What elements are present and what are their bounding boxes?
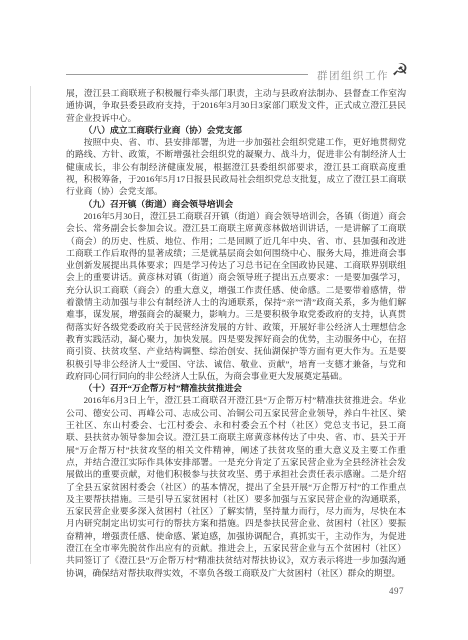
left-margin-line <box>30 86 31 564</box>
paragraph: 2016年6月3日上午，澄江县工商联召开澄江县“万企帮万村”精准扶贫推进会。华业… <box>66 394 406 578</box>
party-emblem-icon: ☭ <box>390 59 409 83</box>
section-title: 群团组织工作 <box>317 68 389 83</box>
paragraph: 展，澄江县工商联班子积极履行牵头部门职责，主动与县政府法制办、县督查工作室沟通协… <box>66 87 406 124</box>
header-rule <box>66 74 308 75</box>
paragraph: 2016年5月30日，澄江县工商联召开镇（街道）商会领导培训会，各镇（街道）商会… <box>66 210 406 382</box>
page-header: 群团组织工作 ☭ <box>66 58 406 86</box>
section-heading: （八）成立工商联行业商（协）会党支部 <box>66 124 406 136</box>
page-content: 展，澄江县工商联班子积极履行牵头部门职责，主动与县政府法制办、县督查工作室沟通协… <box>66 87 406 579</box>
section-heading: （十）召开“万企帮万村”精准扶贫推进会 <box>66 382 406 394</box>
page-number: 497 <box>389 586 404 596</box>
book-page: 群团组织工作 ☭ 展，澄江县工商联班子积极履行牵头部门职责，主动与县政府法制办、… <box>0 0 468 640</box>
paragraph: 按照中央、省、市、县安排部署，为进一步加强社会组织党建工作，更好地贯彻党的路线、… <box>66 136 406 197</box>
section-heading: （九）召开镇（街道）商会领导培训会 <box>66 198 406 210</box>
